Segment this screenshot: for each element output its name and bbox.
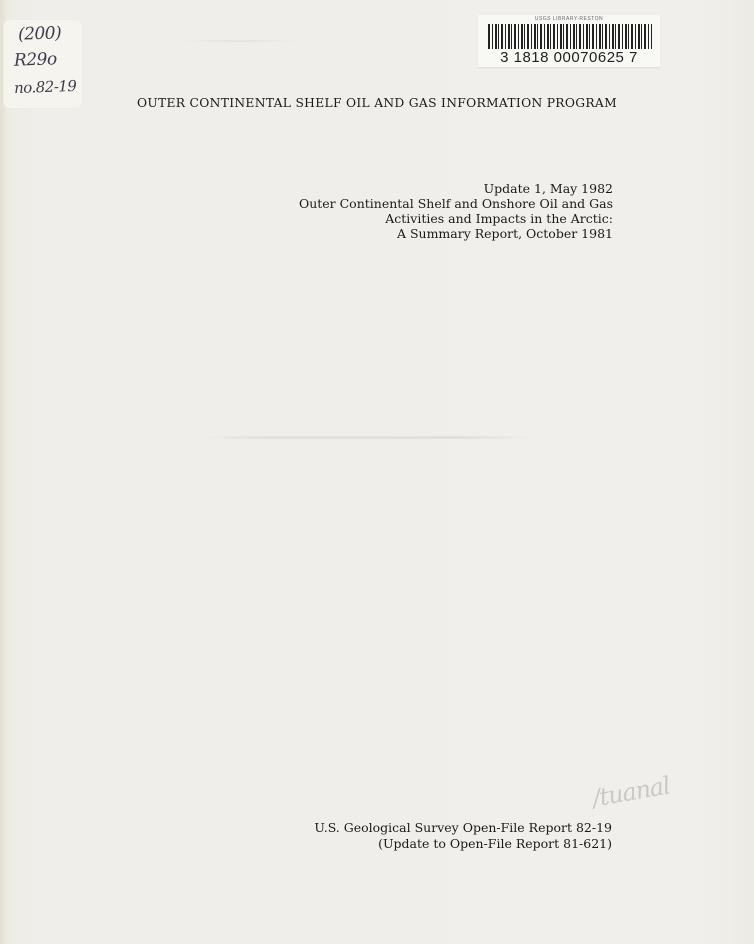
call-number-line: (200): [18, 23, 62, 44]
page-edge: [0, 0, 6, 944]
call-number-label: (200) R29o no.82-19: [4, 20, 82, 108]
report-update-line: Update 1, May 1982: [299, 181, 613, 196]
barcode-label: USGS LIBRARY-RESTON 3 1818 00070625 7: [478, 15, 660, 67]
page-smudge: [180, 40, 300, 42]
barcode-library-name: USGS LIBRARY-RESTON: [478, 16, 660, 22]
barcode-number: 3 1818 00070625 7: [478, 49, 660, 66]
document-page: (200) R29o no.82-19 USGS LIBRARY-RESTON …: [0, 0, 754, 944]
barcode-icon: [488, 24, 652, 49]
report-title-line: A Summary Report, October 1981: [299, 226, 613, 241]
call-number-line: R29o: [14, 49, 57, 70]
report-title-block: Update 1, May 1982 Outer Continental She…: [299, 181, 613, 241]
citation-line: (Update to Open-File Report 81-621): [314, 836, 612, 852]
handwritten-note: /tuanal: [590, 771, 672, 812]
program-title: OUTER CONTINENTAL SHELF OIL AND GAS INFO…: [0, 96, 754, 110]
call-number-line: no.82-19: [14, 77, 77, 97]
citation-line: U.S. Geological Survey Open-File Report …: [314, 820, 612, 836]
citation-block: U.S. Geological Survey Open-File Report …: [314, 820, 612, 852]
report-title-line: Outer Continental Shelf and Onshore Oil …: [299, 196, 613, 211]
page-smudge: [200, 436, 530, 439]
report-title-line: Activities and Impacts in the Arctic:: [299, 211, 613, 226]
